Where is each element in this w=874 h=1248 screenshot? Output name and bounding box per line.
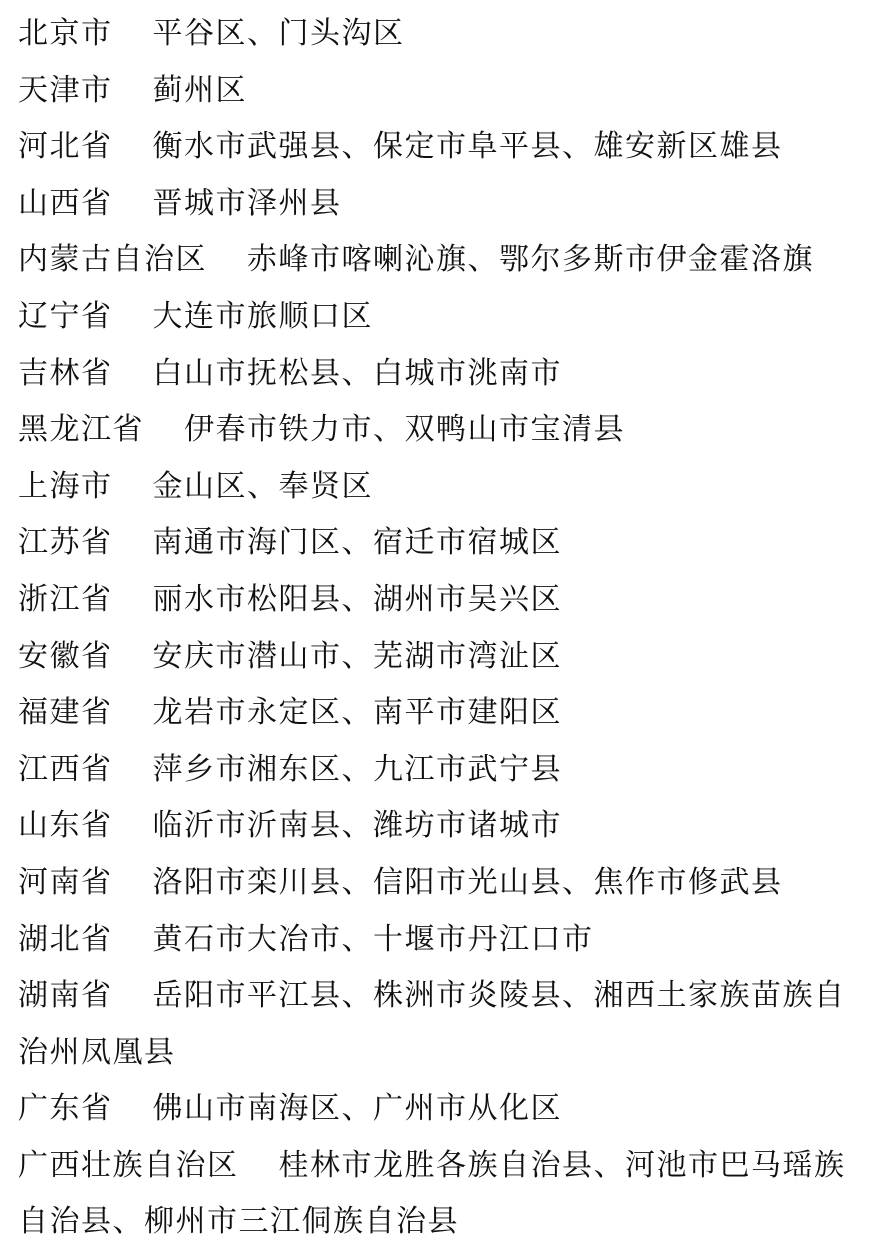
region-entry: 广西壮族自治区桂林市龙胜各族自治县、河池市巴马瑶族自治县、柳州市三江侗族自治县	[18, 1138, 858, 1248]
region-list: 南通市海门区、宿迁市宿城区	[153, 526, 563, 559]
region-list: 赤峰市喀喇沁旗、鄂尔多斯市伊金霍洛旗	[247, 243, 814, 276]
region-entry: 江苏省南通市海门区、宿迁市宿城区	[18, 515, 858, 572]
province-name: 吉林省	[18, 357, 113, 390]
region-entry: 山东省临沂市沂南县、潍坊市诸城市	[18, 798, 858, 855]
region-list: 佛山市南海区、广州市从化区	[153, 1092, 563, 1125]
province-name: 江西省	[18, 753, 113, 786]
province-name: 浙江省	[18, 583, 113, 616]
region-entry: 上海市金山区、奉贤区	[18, 459, 858, 516]
region-entry: 山西省晋城市泽州县	[18, 176, 858, 233]
region-list: 洛阳市栾川县、信阳市光山县、焦作市修武县	[153, 866, 783, 899]
province-name: 河北省	[18, 130, 113, 163]
region-entry: 湖北省黄石市大冶市、十堰市丹江口市	[18, 912, 858, 969]
province-name: 北京市	[18, 17, 113, 50]
region-list: 安庆市潜山市、芜湖市湾沚区	[153, 640, 563, 673]
region-list: 平谷区、门头沟区	[153, 17, 405, 50]
region-entry: 辽宁省大连市旅顺口区	[18, 289, 858, 346]
region-entry: 福建省龙岩市永定区、南平市建阳区	[18, 685, 858, 742]
province-name: 上海市	[18, 470, 113, 503]
region-entry: 安徽省安庆市潜山市、芜湖市湾沚区	[18, 629, 858, 686]
region-entry: 天津市蓟州区	[18, 63, 858, 120]
region-list: 黄石市大冶市、十堰市丹江口市	[153, 923, 594, 956]
region-entry: 黑龙江省伊春市铁力市、双鸭山市宝清县	[18, 402, 858, 459]
region-list: 龙岩市永定区、南平市建阳区	[153, 696, 563, 729]
region-list: 衡水市武强县、保定市阜平县、雄安新区雄县	[153, 130, 783, 163]
region-entry: 内蒙古自治区赤峰市喀喇沁旗、鄂尔多斯市伊金霍洛旗	[18, 232, 858, 289]
province-name: 辽宁省	[18, 300, 113, 333]
region-entry: 江西省萍乡市湘东区、九江市武宁县	[18, 742, 858, 799]
province-name: 湖南省	[18, 979, 113, 1012]
province-name: 广东省	[18, 1092, 113, 1125]
province-name: 山东省	[18, 809, 113, 842]
region-list: 晋城市泽州县	[153, 187, 342, 220]
region-entry: 浙江省丽水市松阳县、湖州市吴兴区	[18, 572, 858, 629]
region-list: 伊春市铁力市、双鸭山市宝清县	[184, 413, 625, 446]
region-list: 大连市旅顺口区	[153, 300, 374, 333]
province-name: 内蒙古自治区	[18, 243, 207, 276]
region-entry: 河南省洛阳市栾川县、信阳市光山县、焦作市修武县	[18, 855, 858, 912]
region-list: 丽水市松阳县、湖州市吴兴区	[153, 583, 563, 616]
region-list: 岳阳市平江县、株洲市炎陵县、湘西土家族苗族自治州凤凰县	[18, 979, 846, 1069]
province-name: 山西省	[18, 187, 113, 220]
province-name: 河南省	[18, 866, 113, 899]
region-entry: 北京市平谷区、门头沟区	[18, 6, 858, 63]
province-name: 江苏省	[18, 526, 113, 559]
region-list: 白山市抚松县、白城市洮南市	[153, 357, 563, 390]
region-entry: 河北省衡水市武强县、保定市阜平县、雄安新区雄县	[18, 119, 858, 176]
province-name: 福建省	[18, 696, 113, 729]
region-list: 金山区、奉贤区	[153, 470, 374, 503]
region-list: 蓟州区	[153, 74, 248, 107]
province-name: 天津市	[18, 74, 113, 107]
province-name: 广西壮族自治区	[18, 1149, 239, 1182]
province-name: 湖北省	[18, 923, 113, 956]
province-name: 安徽省	[18, 640, 113, 673]
region-entry: 广东省佛山市南海区、广州市从化区	[18, 1081, 858, 1138]
region-entry-list: 北京市平谷区、门头沟区 天津市蓟州区 河北省衡水市武强县、保定市阜平县、雄安新区…	[18, 6, 858, 1248]
region-entry: 湖南省岳阳市平江县、株洲市炎陵县、湘西土家族苗族自治州凤凰县	[18, 968, 858, 1081]
document-page: 北京市平谷区、门头沟区 天津市蓟州区 河北省衡水市武强县、保定市阜平县、雄安新区…	[0, 0, 874, 1248]
region-entry: 吉林省白山市抚松县、白城市洮南市	[18, 346, 858, 403]
province-name: 黑龙江省	[18, 413, 144, 446]
region-list: 萍乡市湘东区、九江市武宁县	[153, 753, 563, 786]
region-list: 临沂市沂南县、潍坊市诸城市	[153, 809, 563, 842]
